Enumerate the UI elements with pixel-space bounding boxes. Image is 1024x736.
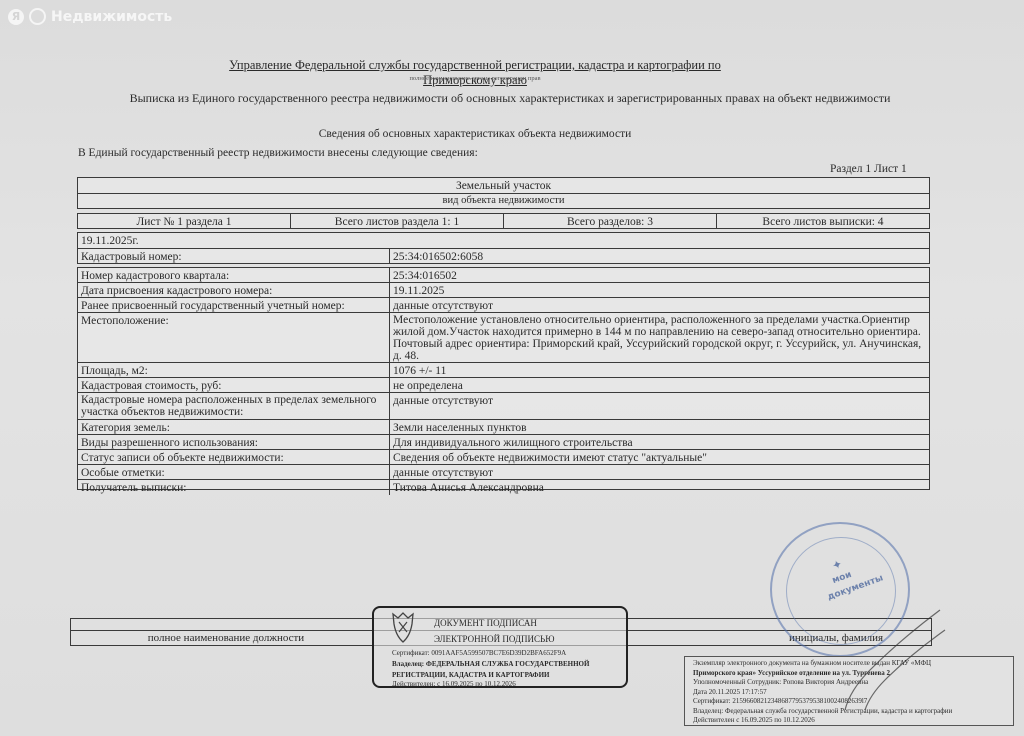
- row-value: данные отсутствуют: [390, 465, 929, 479]
- circle-logo-icon: [29, 8, 46, 25]
- table-row: Номер кадастрового квартала: 25:34:01650…: [78, 268, 929, 283]
- section-sheets-total: Всего листов раздела 1: 1: [291, 214, 504, 228]
- extract-title: Выписка из Единого государственного реес…: [40, 91, 980, 106]
- row-label: Номер кадастрового квартала:: [78, 268, 390, 282]
- signed-line1: ДОКУМЕНТ ПОДПИСАН: [434, 618, 537, 628]
- object-type-caption: вид объекта недвижимости: [78, 194, 929, 208]
- validity: Действителен: с 16.09.2025 по 10.12.2026: [392, 680, 516, 688]
- row-value: данные отсутствуют: [390, 393, 929, 419]
- handwritten-signature-icon: [840, 600, 960, 720]
- extract-sheets-total: Всего листов выписки: 4: [717, 214, 929, 228]
- row-value: 1076 +/- 11: [390, 363, 929, 377]
- table-row: Дата присвоения кадастрового номера: 19.…: [78, 283, 929, 298]
- sheet-info-row: Лист № 1 раздела 1 Всего листов раздела …: [77, 213, 930, 229]
- row-label: Ранее присвоенный государственный учетны…: [78, 298, 390, 312]
- row-label: Статус записи об объекте недвижимости:: [78, 450, 390, 464]
- row-value: 19.11.2025: [390, 283, 929, 297]
- row-value: Земли населенных пунктов: [390, 420, 929, 434]
- yandex-logo-icon: Я: [8, 9, 24, 25]
- table-row: Получатель выписки: Титова Анисья Алекса…: [78, 480, 929, 495]
- row-value: данные отсутствуют: [390, 298, 929, 312]
- row-label: Особые отметки:: [78, 465, 390, 479]
- sheet-number: Лист № 1 раздела 1: [78, 214, 291, 228]
- table-row: Виды разрешенного использования: Для инд…: [78, 435, 929, 450]
- row-value: не определена: [390, 378, 929, 392]
- certificate: Сертификат: 0091AAF5A599507BC7E6D39D2BFA…: [392, 649, 566, 657]
- table-row: Ранее присвоенный государственный учетны…: [78, 298, 929, 313]
- row-label: Категория земель:: [78, 420, 390, 434]
- row-label: Дата присвоения кадастрового номера:: [78, 283, 390, 297]
- table-row: Кадастровые номера расположенных в преде…: [78, 393, 929, 420]
- object-type-box: Земельный участок вид объекта недвижимос…: [77, 177, 930, 209]
- extract-date: 19.11.2025г.: [78, 233, 142, 248]
- row-label: Кадастровая стоимость, руб:: [78, 378, 390, 392]
- row-value: Сведения об объекте недвижимости имеют с…: [390, 450, 929, 464]
- row-value: 25:34:016502: [390, 268, 929, 282]
- table-row: Местоположение: Местоположение установле…: [78, 313, 929, 363]
- cadastral-number-label: Кадастровый номер:: [78, 249, 390, 263]
- owner-line2: РЕГИСТРАЦИИ, КАДАСТРА И КАРТОГРАФИИ: [392, 671, 549, 679]
- row-label: Местоположение:: [78, 313, 390, 362]
- cadastral-number-value: 25:34:016502:6058: [390, 249, 929, 263]
- characteristics-table: Номер кадастрового квартала: 25:34:01650…: [77, 267, 930, 490]
- cadastral-box: 19.11.2025г. Кадастровый номер: 25:34:01…: [77, 232, 930, 264]
- organization-caption: полное наименование органа регистрации п…: [195, 75, 755, 82]
- page-ref: Раздел 1 Лист 1: [830, 163, 907, 175]
- table-row: Особые отметки: данные отсутствуют: [78, 465, 929, 480]
- position-caption: полное наименование должности: [71, 631, 381, 645]
- row-label: Площадь, м2:: [78, 363, 390, 377]
- object-type: Земельный участок: [78, 178, 929, 193]
- section-title: Сведения об основных характеристиках объ…: [200, 128, 750, 140]
- row-label: Виды разрешенного использования:: [78, 435, 390, 449]
- electronic-signature-block: ДОКУМЕНТ ПОДПИСАН ЭЛЕКТРОННОЙ ПОДПИСЬЮ С…: [372, 606, 628, 688]
- table-row: Кадастровая стоимость, руб: не определен…: [78, 378, 929, 393]
- row-label: Получатель выписки:: [78, 480, 390, 495]
- coat-of-arms-icon: [388, 610, 418, 644]
- watermark-label: Недвижимость: [51, 9, 172, 25]
- table-row: Категория земель: Земли населенных пункт…: [78, 420, 929, 435]
- watermark: Я Недвижимость: [8, 8, 172, 25]
- table-row: Площадь, м2: 1076 +/- 11: [78, 363, 929, 378]
- row-value: Титова Анисья Александровна: [390, 480, 929, 495]
- row-value: Для индивидуального жилищного строительс…: [390, 435, 929, 449]
- table-row: Статус записи об объекте недвижимости: С…: [78, 450, 929, 465]
- intro-text: В Единый государственный реестр недвижим…: [78, 147, 478, 159]
- organization-name: Управление Федеральной службы государств…: [195, 58, 755, 88]
- row-value: Местоположение установлено относительно …: [390, 313, 929, 362]
- signed-line2: ЭЛЕКТРОННОЙ ПОДПИСЬЮ: [434, 634, 554, 644]
- sections-total: Всего разделов: 3: [504, 214, 717, 228]
- owner-line1: Владелец: ФЕДЕРАЛЬНАЯ СЛУЖБА ГОСУДАРСТВЕ…: [392, 660, 589, 668]
- row-label: Кадастровые номера расположенных в преде…: [78, 393, 390, 419]
